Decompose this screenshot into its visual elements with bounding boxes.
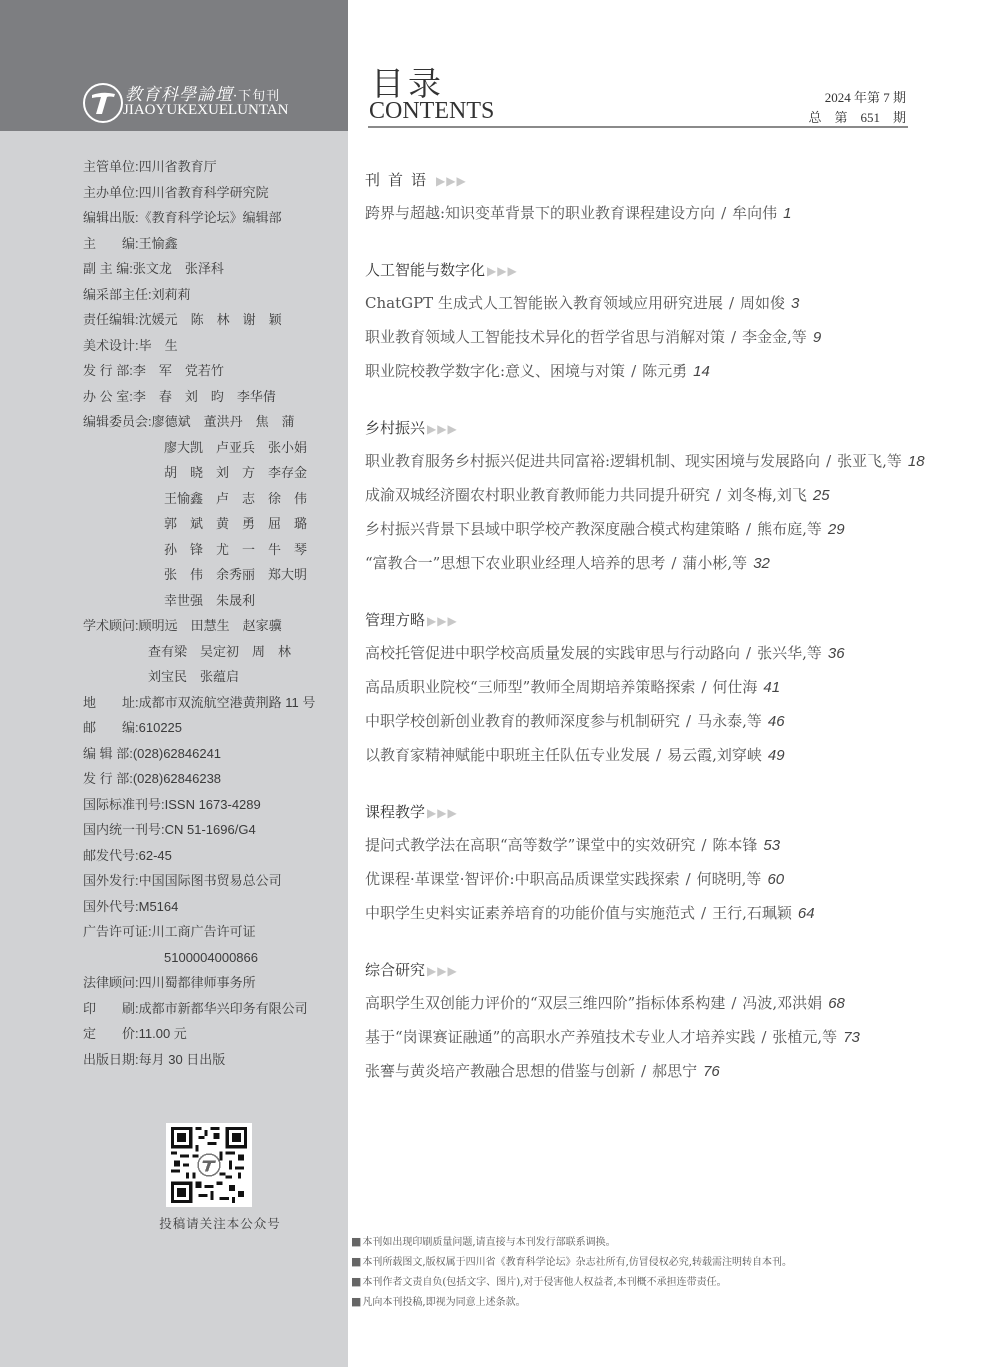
- toc-entry[interactable]: 提问式教学法在高职“高等数学”课堂中的实效研究/陈本锋53: [365, 828, 925, 862]
- article-author: 王行,石珮颖: [712, 904, 792, 922]
- triple-arrow-icon: ▶▶▶: [487, 264, 518, 278]
- colophon-value: 查有梁 吴定初 周 林: [148, 644, 291, 659]
- colophon-row: 胡 晓 刘 方 李存金: [83, 460, 348, 486]
- colophon-row: 幸世强 朱晟利: [83, 588, 348, 614]
- copyright-notes: ■本刊如出现印刷质量问题,请直接与本刊发行部联系调换。■本刊所载图文,版权属于四…: [351, 1232, 951, 1312]
- colophon-value: 顾明远 田慧生 赵家骥: [139, 618, 282, 633]
- header-divider: [368, 126, 908, 128]
- article-author: 冯波,邓洪娟: [742, 994, 822, 1012]
- toc-entry[interactable]: ChatGPT 生成式人工智能嵌入教育领域应用研究进展/周如俊3: [365, 286, 925, 320]
- section-heading-text: 人工智能与数字化: [365, 261, 485, 279]
- colophon-value: 11.00 元: [139, 1026, 187, 1041]
- section-heading: 乡村振兴▶▶▶: [365, 414, 925, 444]
- article-title: 职业教育服务乡村振兴促进共同富裕:逻辑机制、现实困境与发展路向: [365, 452, 820, 470]
- article-author: 马永泰,等: [697, 712, 762, 730]
- article-title: 高校托管促进中职学校高质量发展的实践审思与行动路向: [365, 644, 740, 662]
- sidebar: 教育科學論壇·下旬刊 JIAOYUKEXUELUNTAN 主管单位:四川省教育厅…: [0, 0, 348, 1367]
- colophon-value: 四川省教育厅: [139, 159, 217, 174]
- colophon-row: 国内统一刊号:CN 51-1696/G4: [83, 817, 348, 843]
- triple-arrow-icon: ▶▶▶: [427, 422, 458, 436]
- section-heading-text: 管理方略: [365, 611, 425, 629]
- colophon-value: 王愉鑫 卢 志 徐 伟: [164, 491, 307, 506]
- toc-entry[interactable]: 乡村振兴背景下县域中职学校产教深度融合模式构建策略/熊布庭,等29: [365, 512, 925, 546]
- colophon-value: CN 51-1696/G4: [165, 822, 256, 837]
- colophon-value: 郭 斌 黄 勇 屈 璐: [164, 516, 307, 531]
- colophon-value: 四川蜀都律师事务所: [139, 975, 256, 990]
- colophon-value: 毕 生: [139, 338, 178, 353]
- slash-separator: /: [656, 746, 661, 764]
- colophon-value: 幸世强 朱晟利: [164, 593, 255, 608]
- page-number: 68: [828, 995, 845, 1012]
- colophon-value: (028)62846238: [133, 771, 221, 786]
- article-title: 中职学生史料实证素养培育的功能价值与实施范式: [365, 904, 695, 922]
- colophon-label: 发 行 部:: [83, 766, 133, 792]
- colophon-value: 胡 晓 刘 方 李存金: [164, 465, 307, 480]
- colophon-value: 廖大凯 卢亚兵 张小娟: [164, 440, 307, 455]
- page-number: 14: [693, 363, 710, 380]
- colophon-label: 编采部主任:: [83, 282, 152, 308]
- colophon-value: ISSN 1673-4289: [165, 797, 261, 812]
- slash-separator: /: [721, 204, 726, 222]
- article-title: 乡村振兴背景下县域中职学校产教深度融合模式构建策略: [365, 520, 740, 538]
- page-number: 1: [783, 205, 791, 222]
- toc-entry[interactable]: “富教合一”思想下农业职业经理人培养的思考/蒲小彬,等32: [365, 546, 925, 580]
- note-line: ■本刊作者文责自负(包括文字、图片),对于侵害他人权益者,本刊概不承担连带责任。: [351, 1272, 951, 1292]
- logo-english: JIAOYUKEXUELUNTAN: [123, 102, 288, 119]
- colophon-row: 发 行 部:(028)62846238: [83, 766, 348, 792]
- triple-arrow-icon: ▶▶▶: [427, 964, 458, 978]
- colophon-row: 主管单位:四川省教育厅: [83, 154, 348, 180]
- colophon-row: 主办单位:四川省教育科学研究院: [83, 180, 348, 206]
- slash-separator: /: [761, 1028, 766, 1046]
- colophon-label: 学术顾问:: [83, 613, 139, 639]
- toc-section: 综合研究▶▶▶高职学生双创能力评价的“双层三维四阶”指标体系构建/冯波,邓洪娟6…: [365, 956, 925, 1088]
- colophon-row: 发 行 部:李 军 党若竹: [83, 358, 348, 384]
- slash-separator: /: [746, 644, 751, 662]
- colophon-row: 张 伟 余秀丽 郑大明: [83, 562, 348, 588]
- colophon-row: 孙 锋 尤 一 牛 琴: [83, 537, 348, 563]
- page-number: 46: [768, 713, 785, 730]
- section-heading-text: 课程教学: [365, 803, 425, 821]
- square-bullet-icon: ■: [351, 1235, 361, 1248]
- article-title: 张謇与黄炎培产教融合思想的借鉴与创新: [365, 1062, 635, 1080]
- toc-entry[interactable]: 基于“岗课赛证融通”的高职水产养殖技术专业人才培养实践/张植元,等73: [365, 1020, 925, 1054]
- article-author: 易云霞,刘穿峡: [667, 746, 762, 764]
- colophon-row: 廖大凯 卢亚兵 张小娟: [83, 435, 348, 461]
- toc-entry[interactable]: 张謇与黄炎培产教融合思想的借鉴与创新/郝思宁76: [365, 1054, 925, 1088]
- colophon-label: 发 行 部:: [83, 358, 133, 384]
- toc-section: 刊首语▶▶▶跨界与超越:知识变革背景下的职业教育课程建设方向/牟向伟1: [365, 166, 925, 230]
- colophon: 主管单位:四川省教育厅主办单位:四川省教育科学研究院编辑出版:《教育科学论坛》编…: [83, 154, 348, 1072]
- slash-separator: /: [731, 994, 736, 1012]
- slash-separator: /: [746, 520, 751, 538]
- colophon-row: 编采部主任:刘莉莉: [83, 282, 348, 308]
- toc-section: 课程教学▶▶▶提问式教学法在高职“高等数学”课堂中的实效研究/陈本锋53优课程·…: [365, 798, 925, 930]
- issue-info: 2024 年第 7 期 总 第 651 期: [808, 88, 906, 128]
- square-bullet-icon: ■: [351, 1295, 361, 1308]
- colophon-label: 主管单位:: [83, 154, 139, 180]
- article-author: 周如俊: [740, 294, 785, 312]
- page-number: 36: [828, 645, 845, 662]
- page-number: 32: [753, 555, 770, 572]
- colophon-label: 国外代号:: [83, 894, 139, 920]
- page-number: 41: [763, 679, 780, 696]
- article-author: 陈本锋: [712, 836, 757, 854]
- colophon-row: 编辑出版:《教育科学论坛》编辑部: [83, 205, 348, 231]
- article-author: 郝思宁: [652, 1062, 697, 1080]
- slash-separator: /: [701, 678, 706, 696]
- qr-caption: 投稿请关注本公众号: [130, 1214, 310, 1232]
- toc-entry[interactable]: 职业院校教学数字化:意义、困境与对策/陈元勇14: [365, 354, 925, 388]
- square-bullet-icon: ■: [351, 1255, 361, 1268]
- slash-separator: /: [686, 712, 691, 730]
- section-heading-text: 乡村振兴: [365, 419, 425, 437]
- section-heading: 管理方略▶▶▶: [365, 606, 925, 636]
- logo-t-icon: [83, 83, 123, 123]
- toc-entry[interactable]: 中职学生史料实证素养培育的功能价值与实施范式/王行,石珮颖64: [365, 896, 925, 930]
- toc-entry[interactable]: 优课程·革课堂·智评价:中职高品质课堂实践探索/何晓明,等60: [365, 862, 925, 896]
- colophon-row: 出版日期:每月 30 日出版: [83, 1047, 348, 1073]
- slash-separator: /: [729, 294, 734, 312]
- toc-entry[interactable]: 高品质职业院校“三师型”教师全周期培养策略探索/何仕海41: [365, 670, 925, 704]
- colophon-row: 刘宝民 张蕴启: [83, 664, 348, 690]
- note-line: ■本刊如出现印刷质量问题,请直接与本刊发行部联系调换。: [351, 1232, 951, 1252]
- colophon-label: 邮 编:: [83, 715, 139, 741]
- toc-section: 管理方略▶▶▶高校托管促进中职学校高质量发展的实践审思与行动路向/张兴华,等36…: [365, 606, 925, 772]
- colophon-value: 5100004000866: [164, 950, 258, 965]
- total-issue-number: 总 第 651 期: [808, 108, 906, 128]
- page-number: 53: [763, 837, 780, 854]
- colophon-row: 广告许可证:川工商广告许可证: [83, 919, 348, 945]
- slash-separator: /: [631, 362, 636, 380]
- colophon-row: 郭 斌 黄 勇 屈 璐: [83, 511, 348, 537]
- journal-logo: 教育科學論壇·下旬刊 JIAOYUKEXUELUNTAN: [83, 80, 313, 126]
- article-title: 中职学校创新创业教育的教师深度参与机制研究: [365, 712, 680, 730]
- section-heading: 综合研究▶▶▶: [365, 956, 925, 986]
- article-title: 跨界与超越:知识变革背景下的职业教育课程建设方向: [365, 204, 715, 222]
- colophon-value: 李 春 刘 昀 李华倩: [133, 389, 276, 404]
- article-title: 成渝双城经济圈农村职业教育教师能力共同提升研究: [365, 486, 710, 504]
- article-title: 高职学生双创能力评价的“双层三维四阶”指标体系构建: [365, 994, 725, 1012]
- colophon-row: 责任编辑:沈媛元 陈 林 谢 颖: [83, 307, 348, 333]
- slash-separator: /: [731, 328, 736, 346]
- colophon-row: 邮 编:610225: [83, 715, 348, 741]
- article-title: 基于“岗课赛证融通”的高职水产养殖技术专业人才培养实践: [365, 1028, 755, 1046]
- square-bullet-icon: ■: [351, 1275, 361, 1288]
- triple-arrow-icon: ▶▶▶: [427, 614, 458, 628]
- page-number: 49: [768, 747, 785, 764]
- colophon-value: 李 军 党若竹: [133, 363, 224, 378]
- article-author: 张兴华,等: [757, 644, 822, 662]
- slash-separator: /: [701, 904, 706, 922]
- page-number: 60: [767, 871, 784, 888]
- slash-separator: /: [671, 554, 676, 572]
- colophon-value: 中国国际图书贸易总公司: [139, 873, 282, 888]
- article-title: “富教合一”思想下农业职业经理人培养的思考: [365, 554, 665, 572]
- colophon-label: 主 编:: [83, 231, 139, 257]
- colophon-label: 美术设计:: [83, 333, 139, 359]
- article-author: 陈元勇: [642, 362, 687, 380]
- colophon-row: 法律顾问:四川蜀都律师事务所: [83, 970, 348, 996]
- slash-separator: /: [826, 452, 831, 470]
- colophon-row: 编辑委员会:廖德斌 董洪丹 焦 蒲: [83, 409, 348, 435]
- note-line: ■本刊所载图文,版权属于四川省《教育科学论坛》杂志社所有,仿冒侵权必究,转载需注…: [351, 1252, 951, 1272]
- masthead-band: 教育科學論壇·下旬刊 JIAOYUKEXUELUNTAN: [0, 0, 348, 131]
- toc-entry[interactable]: 高校托管促进中职学校高质量发展的实践审思与行动路向/张兴华,等36: [365, 636, 925, 670]
- section-heading: 人工智能与数字化▶▶▶: [365, 256, 925, 286]
- article-author: 牟向伟: [732, 204, 777, 222]
- colophon-value: 王愉鑫: [139, 236, 178, 251]
- note-text: 本刊如出现印刷质量问题,请直接与本刊发行部联系调换。: [362, 1237, 615, 1248]
- article-title: 提问式教学法在高职“高等数学”课堂中的实效研究: [365, 836, 695, 854]
- colophon-value: M5164: [139, 899, 179, 914]
- colophon-label: 出版日期:: [83, 1047, 139, 1073]
- colophon-label: 广告许可证:: [83, 919, 152, 945]
- colophon-row: 国外发行:中国国际图书贸易总公司: [83, 868, 348, 894]
- page-title-en: CONTENTS: [369, 98, 494, 125]
- colophon-value: 刘宝民 张蕴启: [148, 669, 239, 684]
- slash-separator: /: [686, 870, 691, 888]
- colophon-row: 定 价:11.00 元: [83, 1021, 348, 1047]
- page-number: 76: [703, 1063, 720, 1080]
- colophon-row: 邮发代号:62-45: [83, 843, 348, 869]
- colophon-label: 责任编辑:: [83, 307, 139, 333]
- colophon-value: 川工商广告许可证: [152, 924, 256, 939]
- article-title: 以教育家精神赋能中职班主任队伍专业发展: [365, 746, 650, 764]
- colophon-label: 地 址:: [83, 690, 139, 716]
- toc-entry[interactable]: 以教育家精神赋能中职班主任队伍专业发展/易云霞,刘穿峡49: [365, 738, 925, 772]
- toc-entry[interactable]: 职业教育服务乡村振兴促进共同富裕:逻辑机制、现实困境与发展路向/张亚飞,等18: [365, 444, 925, 478]
- toc-entry[interactable]: 成渝双城经济圈农村职业教育教师能力共同提升研究/刘冬梅,刘飞25: [365, 478, 925, 512]
- colophon-row: 5100004000866: [83, 945, 348, 971]
- colophon-value: 成都市双流航空港黄荆路 11 号: [139, 695, 316, 710]
- colophon-label: 编辑出版:: [83, 205, 139, 231]
- article-author: 张亚飞,等: [837, 452, 902, 470]
- colophon-value: 610225: [139, 720, 182, 735]
- colophon-value: 张 伟 余秀丽 郑大明: [164, 567, 307, 582]
- page-number: 73: [843, 1029, 860, 1046]
- article-title: 高品质职业院校“三师型”教师全周期培养策略探索: [365, 678, 695, 696]
- note-text: 本刊所载图文,版权属于四川省《教育科学论坛》杂志社所有,仿冒侵权必究,转载需注明…: [362, 1257, 792, 1268]
- article-author: 张植元,等: [772, 1028, 837, 1046]
- toc-entry[interactable]: 职业教育领域人工智能技术异化的哲学省思与消解对策/李金金,等9: [365, 320, 925, 354]
- colophon-label: 印 刷:: [83, 996, 139, 1022]
- note-text: 本刊作者文责自负(包括文字、图片),对于侵害他人权益者,本刊概不承担连带责任。: [362, 1277, 726, 1288]
- article-author: 何晓明,等: [697, 870, 762, 888]
- page-number: 25: [813, 487, 830, 504]
- colophon-value: 沈媛元 陈 林 谢 颖: [139, 312, 282, 327]
- colophon-value: 张文龙 张泽科: [133, 261, 224, 276]
- page-number: 29: [828, 521, 845, 538]
- colophon-row: 印 刷:成都市新都华兴印务有限公司: [83, 996, 348, 1022]
- page-number: 9: [813, 329, 821, 346]
- colophon-label: 编 辑 部:: [83, 741, 133, 767]
- colophon-row: 办 公 室:李 春 刘 昀 李华倩: [83, 384, 348, 410]
- toc-entry[interactable]: 中职学校创新创业教育的教师深度参与机制研究/马永泰,等46: [365, 704, 925, 738]
- colophon-value: 孙 锋 尤 一 牛 琴: [164, 542, 307, 557]
- section-heading: 课程教学▶▶▶: [365, 798, 925, 828]
- colophon-value: 62-45: [139, 848, 172, 863]
- toc-section: 人工智能与数字化▶▶▶ChatGPT 生成式人工智能嵌入教育领域应用研究进展/周…: [365, 256, 925, 388]
- colophon-label: 法律顾问:: [83, 970, 139, 996]
- triple-arrow-icon: ▶▶▶: [436, 174, 467, 188]
- colophon-row: 学术顾问:顾明远 田慧生 赵家骥: [83, 613, 348, 639]
- colophon-label: 国内统一刊号:: [83, 817, 165, 843]
- section-heading-text: 刊首语: [365, 171, 434, 189]
- issue-number: 2024 年第 7 期: [808, 88, 906, 108]
- article-title: ChatGPT 生成式人工智能嵌入教育领域应用研究进展: [365, 294, 723, 312]
- toc-section: 乡村振兴▶▶▶职业教育服务乡村振兴促进共同富裕:逻辑机制、现实困境与发展路向/张…: [365, 414, 925, 580]
- slash-separator: /: [716, 486, 721, 504]
- colophon-label: 邮发代号:: [83, 843, 139, 869]
- colophon-label: 编辑委员会:: [83, 409, 152, 435]
- colophon-row: 美术设计:毕 生: [83, 333, 348, 359]
- article-author: 何仕海: [712, 678, 757, 696]
- article-title: 优课程·革课堂·智评价:中职高品质课堂实践探索: [365, 870, 680, 888]
- colophon-label: 国际标准刊号:: [83, 792, 165, 818]
- colophon-row: 副 主 编:张文龙 张泽科: [83, 256, 348, 282]
- article-author: 李金金,等: [742, 328, 807, 346]
- page-number: 64: [798, 905, 815, 922]
- colophon-label: 定 价:: [83, 1021, 139, 1047]
- colophon-value: 成都市新都华兴印务有限公司: [139, 1001, 308, 1016]
- article-title: 职业院校教学数字化:意义、困境与对策: [365, 362, 625, 380]
- table-of-contents: 刊首语▶▶▶跨界与超越:知识变革背景下的职业教育课程建设方向/牟向伟1人工智能与…: [365, 166, 925, 1114]
- colophon-value: 廖德斌 董洪丹 焦 蒲: [152, 414, 295, 429]
- colophon-value: (028)62846241: [133, 746, 221, 761]
- colophon-row: 王愉鑫 卢 志 徐 伟: [83, 486, 348, 512]
- colophon-row: 编 辑 部:(028)62846241: [83, 741, 348, 767]
- article-author: 刘冬梅,刘飞: [727, 486, 807, 504]
- article-author: 蒲小彬,等: [682, 554, 747, 572]
- colophon-label: 副 主 编:: [83, 256, 133, 282]
- toc-entry[interactable]: 跨界与超越:知识变革背景下的职业教育课程建设方向/牟向伟1: [365, 196, 925, 230]
- colophon-label: 国外发行:: [83, 868, 139, 894]
- colophon-row: 国外代号:M5164: [83, 894, 348, 920]
- colophon-row: 查有梁 吴定初 周 林: [83, 639, 348, 665]
- triple-arrow-icon: ▶▶▶: [427, 806, 458, 820]
- colophon-value: 四川省教育科学研究院: [139, 185, 269, 200]
- section-heading-text: 综合研究: [365, 961, 425, 979]
- article-author: 熊布庭,等: [757, 520, 822, 538]
- colophon-row: 主 编:王愉鑫: [83, 231, 348, 257]
- colophon-row: 国际标准刊号:ISSN 1673-4289: [83, 792, 348, 818]
- note-text: 凡向本刊投稿,即视为同意上述条款。: [362, 1297, 525, 1308]
- colophon-row: 地 址:成都市双流航空港黄荆路 11 号: [83, 690, 348, 716]
- toc-entry[interactable]: 高职学生双创能力评价的“双层三维四阶”指标体系构建/冯波,邓洪娟68: [365, 986, 925, 1020]
- note-line: ■凡向本刊投稿,即视为同意上述条款。: [351, 1292, 951, 1312]
- colophon-value: 每月 30 日出版: [139, 1052, 226, 1067]
- page-number: 3: [791, 295, 799, 312]
- slash-separator: /: [701, 836, 706, 854]
- slash-separator: /: [641, 1062, 646, 1080]
- article-title: 职业教育领域人工智能技术异化的哲学省思与消解对策: [365, 328, 725, 346]
- colophon-label: 主办单位:: [83, 180, 139, 206]
- colophon-label: 办 公 室:: [83, 384, 133, 410]
- section-heading: 刊首语▶▶▶: [365, 166, 925, 196]
- colophon-value: 《教育科学论坛》编辑部: [139, 210, 282, 225]
- colophon-value: 刘莉莉: [152, 287, 191, 302]
- page-number: 18: [908, 453, 925, 470]
- qr-code: [166, 1123, 252, 1207]
